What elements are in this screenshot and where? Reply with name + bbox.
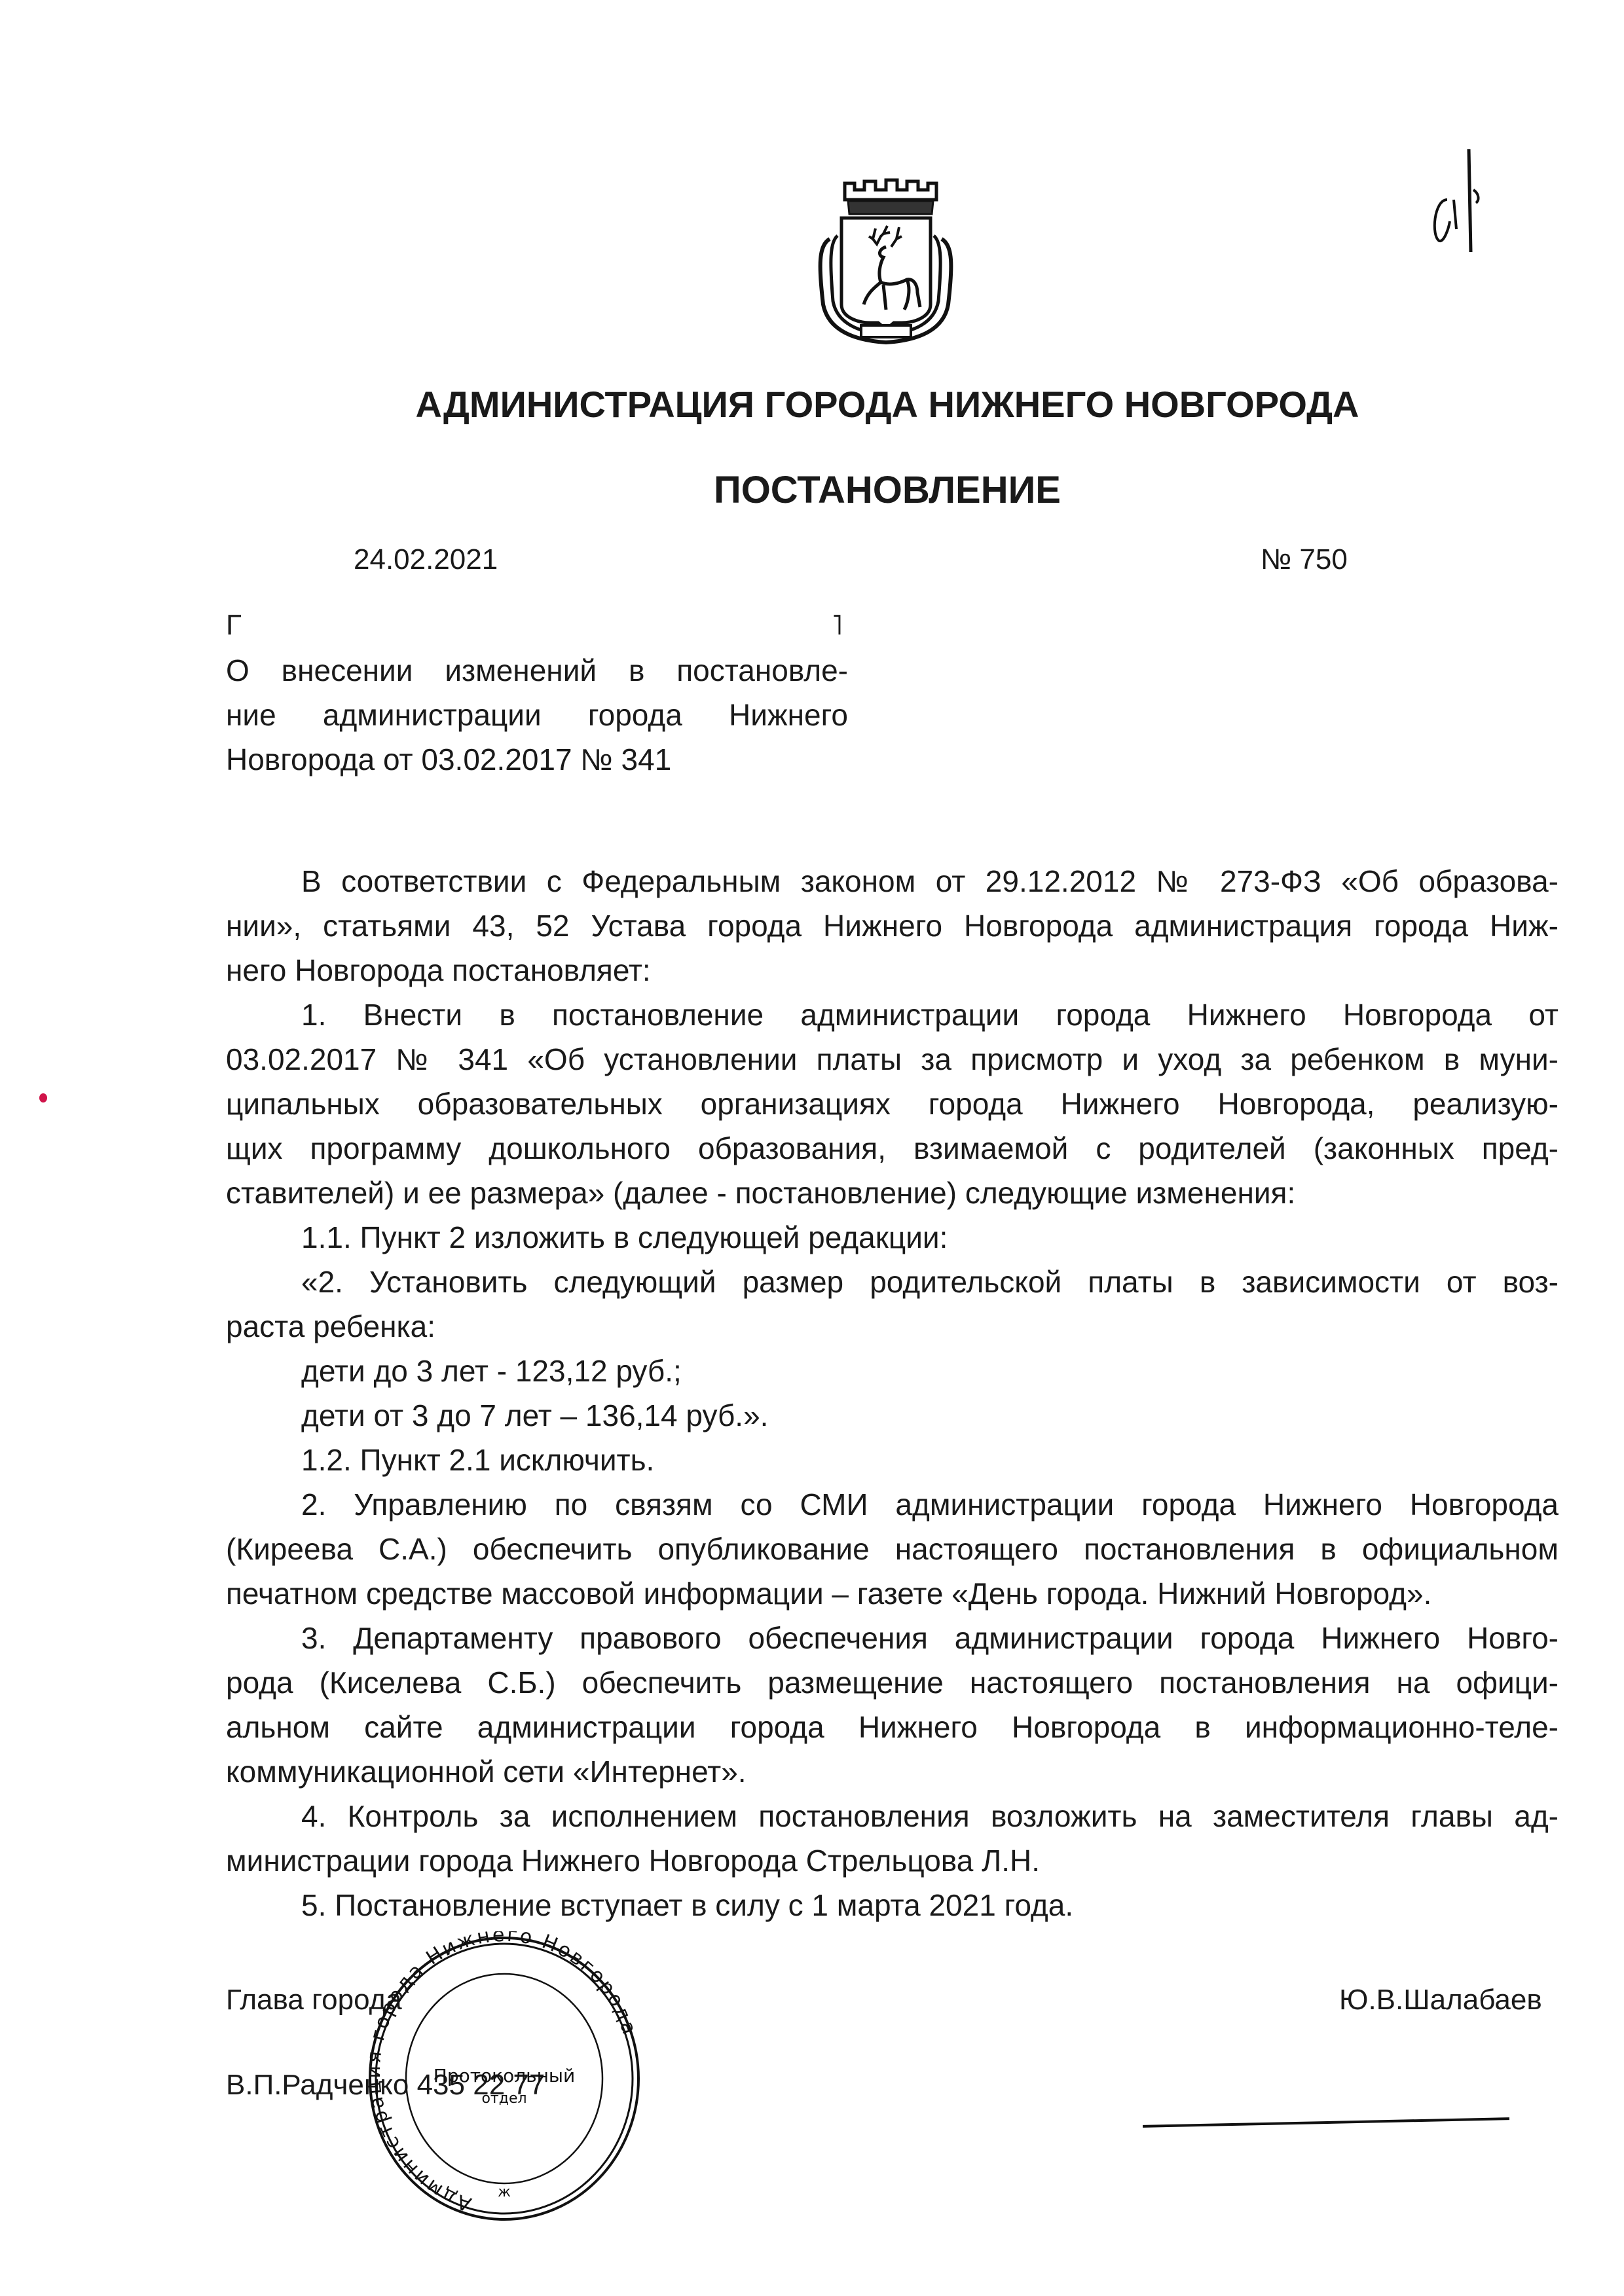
text-line: коммуникационной сети «Интернет». xyxy=(226,1749,1559,1794)
item-2-paragraph: 2. Управлению по связям со СМИ администр… xyxy=(226,1482,1559,1616)
document-date: 24.02.2021 xyxy=(354,543,498,576)
stamp-center-line1: Протокольный xyxy=(434,2065,575,2086)
text-line: щих программу дошкольного образования, в… xyxy=(226,1126,1559,1171)
item-4-paragraph: 4. Контроль за исполнением постановления… xyxy=(226,1794,1559,1883)
text-line: министрации города Нижнего Новгорода Стр… xyxy=(226,1838,1559,1883)
item-1-1-paragraph: 1.1. Пункт 2 изложить в следующей редакц… xyxy=(226,1215,1559,1260)
stamp-center-line2: отдел xyxy=(481,2090,526,2107)
item-1-2-paragraph: 1.2. Пункт 2.1 исключить. xyxy=(226,1438,1559,1482)
text-line: него Новгорода постановляет: xyxy=(226,948,1559,993)
red-ink-mark xyxy=(39,1093,47,1102)
preamble-paragraph: В соответствии с Федеральным законом от … xyxy=(226,859,1559,993)
document-type-heading: ПОСТАНОВЛЕНИЕ xyxy=(75,468,1624,512)
coat-of-arms-icon xyxy=(815,173,956,350)
subject-line: О внесении изменений в постановле- xyxy=(226,648,848,693)
signature-line xyxy=(1143,2117,1509,2128)
text-line: (Киреева С.А.) обеспечить опубликование … xyxy=(226,1527,1559,1571)
text-line: «2. Установить следующий размер родитель… xyxy=(226,1260,1559,1304)
subject-corner-right: ˥ xyxy=(832,609,843,642)
official-stamp-icon: Администрация города Нижнего Новгорода П… xyxy=(363,1931,645,2226)
item-5-paragraph: 5. Постановление вступает в силу с 1 мар… xyxy=(226,1883,1559,1927)
text-line: 1.1. Пункт 2 изложить в следующей редакц… xyxy=(226,1215,1559,1260)
document-number: № 750 xyxy=(1261,543,1348,576)
item-1-paragraph: 1. Внести в постановление администрации … xyxy=(226,993,1559,1215)
document-subject: О внесении изменений в постановле- ние а… xyxy=(226,648,848,782)
text-line: 03.02.2017 № 341 «Об установлении платы … xyxy=(226,1037,1559,1082)
item-3-paragraph: 3. Департаменту правового обеспечения ад… xyxy=(226,1616,1559,1794)
text-line: раста ребенка: xyxy=(226,1304,1559,1349)
subject-line: Новгорода от 03.02.2017 № 341 xyxy=(226,737,848,782)
fees-list: дети до 3 лет - 123,12 руб.; дети от 3 д… xyxy=(226,1349,1559,1438)
signatory-name: Ю.В.Шалабаев xyxy=(1339,1984,1542,2016)
text-line: 3. Департаменту правового обеспечения ад… xyxy=(226,1616,1559,1660)
text-line: 2. Управлению по связям со СМИ администр… xyxy=(226,1482,1559,1527)
text-line: ставителей) и ее размера» (далее - поста… xyxy=(226,1171,1559,1215)
text-line: альном сайте администрации города Нижнег… xyxy=(226,1705,1559,1749)
item-1-1-quote-paragraph: «2. Установить следующий размер родитель… xyxy=(226,1260,1559,1349)
fee-item: дети от 3 до 7 лет – 136,14 руб.». xyxy=(226,1393,1559,1438)
document-body: В соответствии с Федеральным законом от … xyxy=(226,859,1559,1927)
subject-line: ние администрации города Нижнего xyxy=(226,693,848,737)
handwritten-initials xyxy=(1408,137,1486,255)
organization-heading: АДМИНИСТРАЦИЯ ГОРОДА НИЖНЕГО НОВГОРОДА xyxy=(75,383,1624,426)
fee-item: дети до 3 лет - 123,12 руб.; xyxy=(226,1349,1559,1393)
stamp-bottom-mark: ж xyxy=(498,2184,511,2200)
text-line: 4. Контроль за исполнением постановления… xyxy=(226,1794,1559,1838)
subject-corner-left: Г xyxy=(226,609,242,642)
text-line: рода (Киселева С.Б.) обеспечить размещен… xyxy=(226,1660,1559,1705)
text-line: 1. Внести в постановление администрации … xyxy=(226,993,1559,1037)
text-line: ципальных образовательных организациях г… xyxy=(226,1082,1559,1126)
text-line: нии», статьями 43, 52 Устава города Нижн… xyxy=(226,903,1559,948)
text-line: печатном средстве массовой информации – … xyxy=(226,1571,1559,1616)
text-line: 1.2. Пункт 2.1 исключить. xyxy=(226,1438,1559,1482)
text-line: В соответствии с Федеральным законом от … xyxy=(226,859,1559,903)
text-line: 5. Постановление вступает в силу с 1 мар… xyxy=(226,1883,1559,1927)
